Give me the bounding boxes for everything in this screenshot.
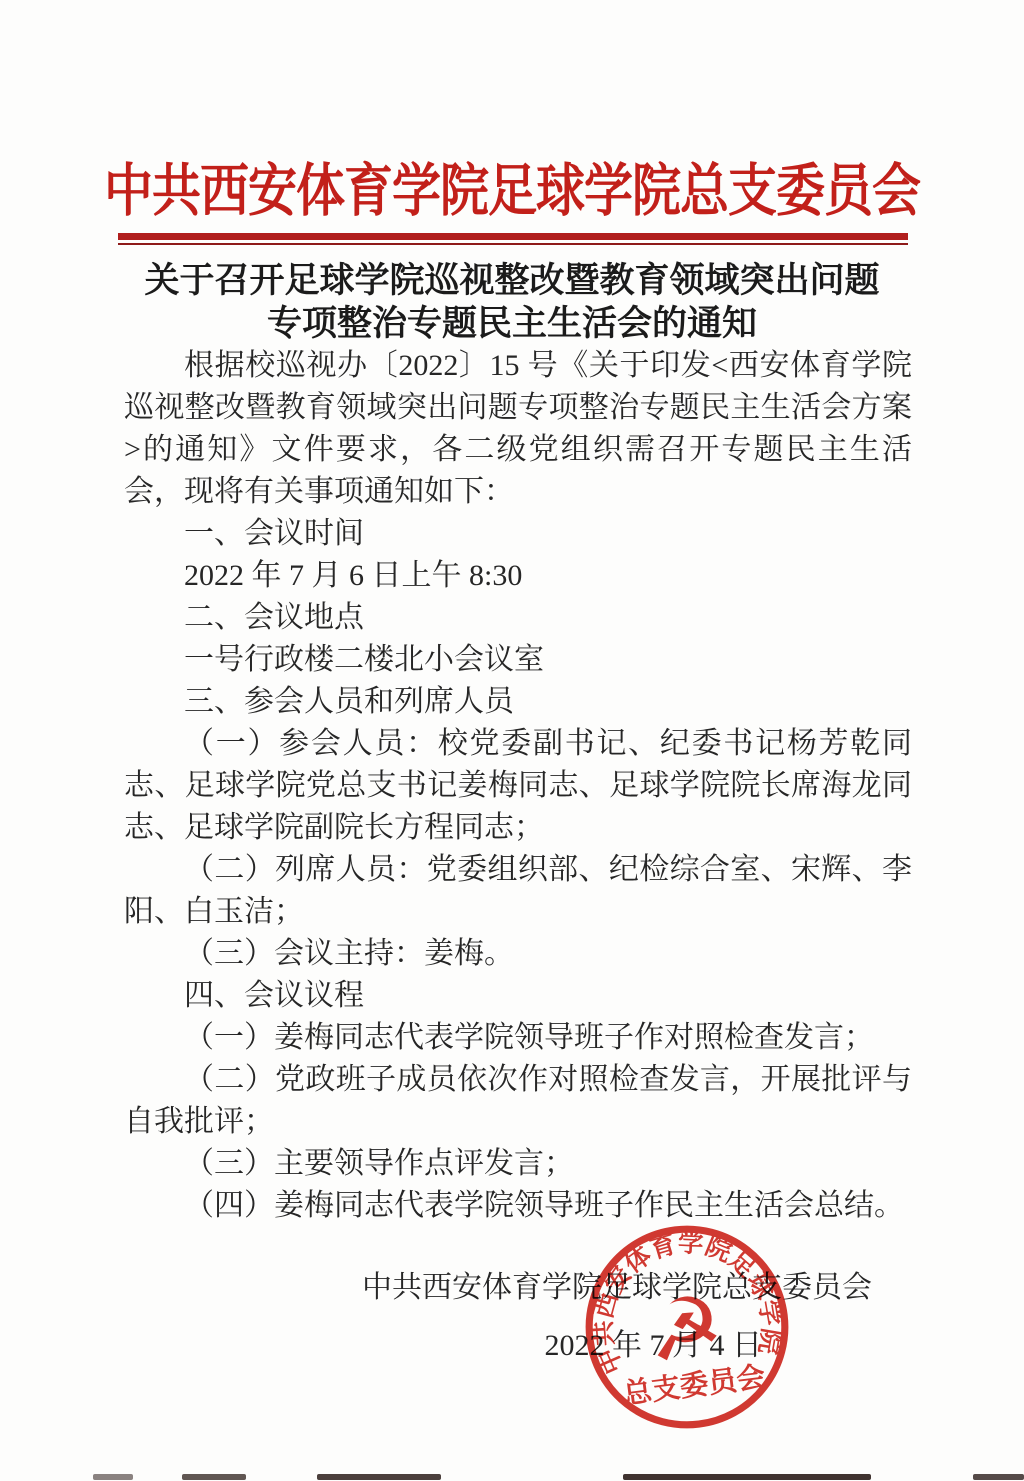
document-title-line1: 关于召开足球学院巡视整改暨教育领域突出问题 [144, 261, 879, 300]
signature-date: 2022 年 7 月 4 日 [0, 1320, 1024, 1364]
body-paragraph: （一）参会人员：校党委副书记、纪委书记杨芳乾同志、足球学院党总支书记姜梅同志、足… [124, 723, 912, 849]
body-paragraph: 一号行政楼二楼北小会议室 [124, 639, 912, 681]
document-title-line2: 专项整治专题民主生活会的通知 [267, 304, 757, 343]
scan-artifact-bar [317, 1474, 441, 1480]
document-title: 关于召开足球学院巡视整改暨教育领域突出问题 专项整治专题民主生活会的通知 [60, 259, 964, 345]
body-paragraph: （三）会议主持：姜梅。 [124, 933, 912, 975]
hammer-sickle-icon: ☭ [642, 1276, 728, 1382]
body-paragraph: 二、会议地点 [124, 597, 912, 639]
letterhead-title: 中共西安体育学院足球学院总支委员会 [0, 146, 1024, 227]
body-paragraph: （四）姜梅同志代表学院领导班子作民主生活会总结。 [124, 1185, 912, 1227]
scan-artifact-bar [93, 1474, 133, 1480]
body-paragraph: 三、参会人员和列席人员 [124, 681, 912, 723]
body-paragraph: 2022 年 7 月 6 日上午 8:30 [124, 555, 912, 597]
scan-artifact-bar [623, 1474, 871, 1480]
divider-thick-rule [118, 233, 908, 240]
divider-thin-rule [118, 243, 908, 245]
body-paragraph: （二）党政班子成员依次作对照检查发言，开展批评与自我批评； [124, 1059, 912, 1143]
scan-artifact-bar [182, 1474, 246, 1480]
body-paragraph: 一、会议时间 [124, 513, 912, 555]
body-paragraph: （一）姜梅同志代表学院领导班子作对照检查发言； [124, 1017, 912, 1059]
body-paragraph: 四、会议议程 [124, 975, 912, 1017]
signature-block: 中共西安体育学院足球学院总支委员会 2022 年 7 月 4 日 [0, 1262, 1024, 1364]
document-body: 根据校巡视办〔2022〕15 号《关于印发<西安体育学院巡视整改暨教育领域突出问… [124, 345, 912, 1227]
signature-organization: 中共西安体育学院足球学院总支委员会 [0, 1262, 1024, 1306]
letterhead-divider [118, 233, 908, 245]
body-paragraph: （二）列席人员：党委组织部、纪检综合室、宋辉、李阳、白玉洁； [124, 849, 912, 933]
scanned-notice-page: 中共西安体育学院足球学院总支委员会 关于召开足球学院巡视整改暨教育领域突出问题 … [0, 0, 1024, 1481]
official-seal: 中共西安体育学院足球学院 ☭ 总支委员会 [568, 1208, 806, 1446]
body-paragraph: 根据校巡视办〔2022〕15 号《关于印发<西安体育学院巡视整改暨教育领域突出问… [124, 345, 912, 513]
body-paragraph: （三）主要领导作点评发言； [124, 1143, 912, 1185]
scan-artifact-bar [973, 1474, 1024, 1480]
